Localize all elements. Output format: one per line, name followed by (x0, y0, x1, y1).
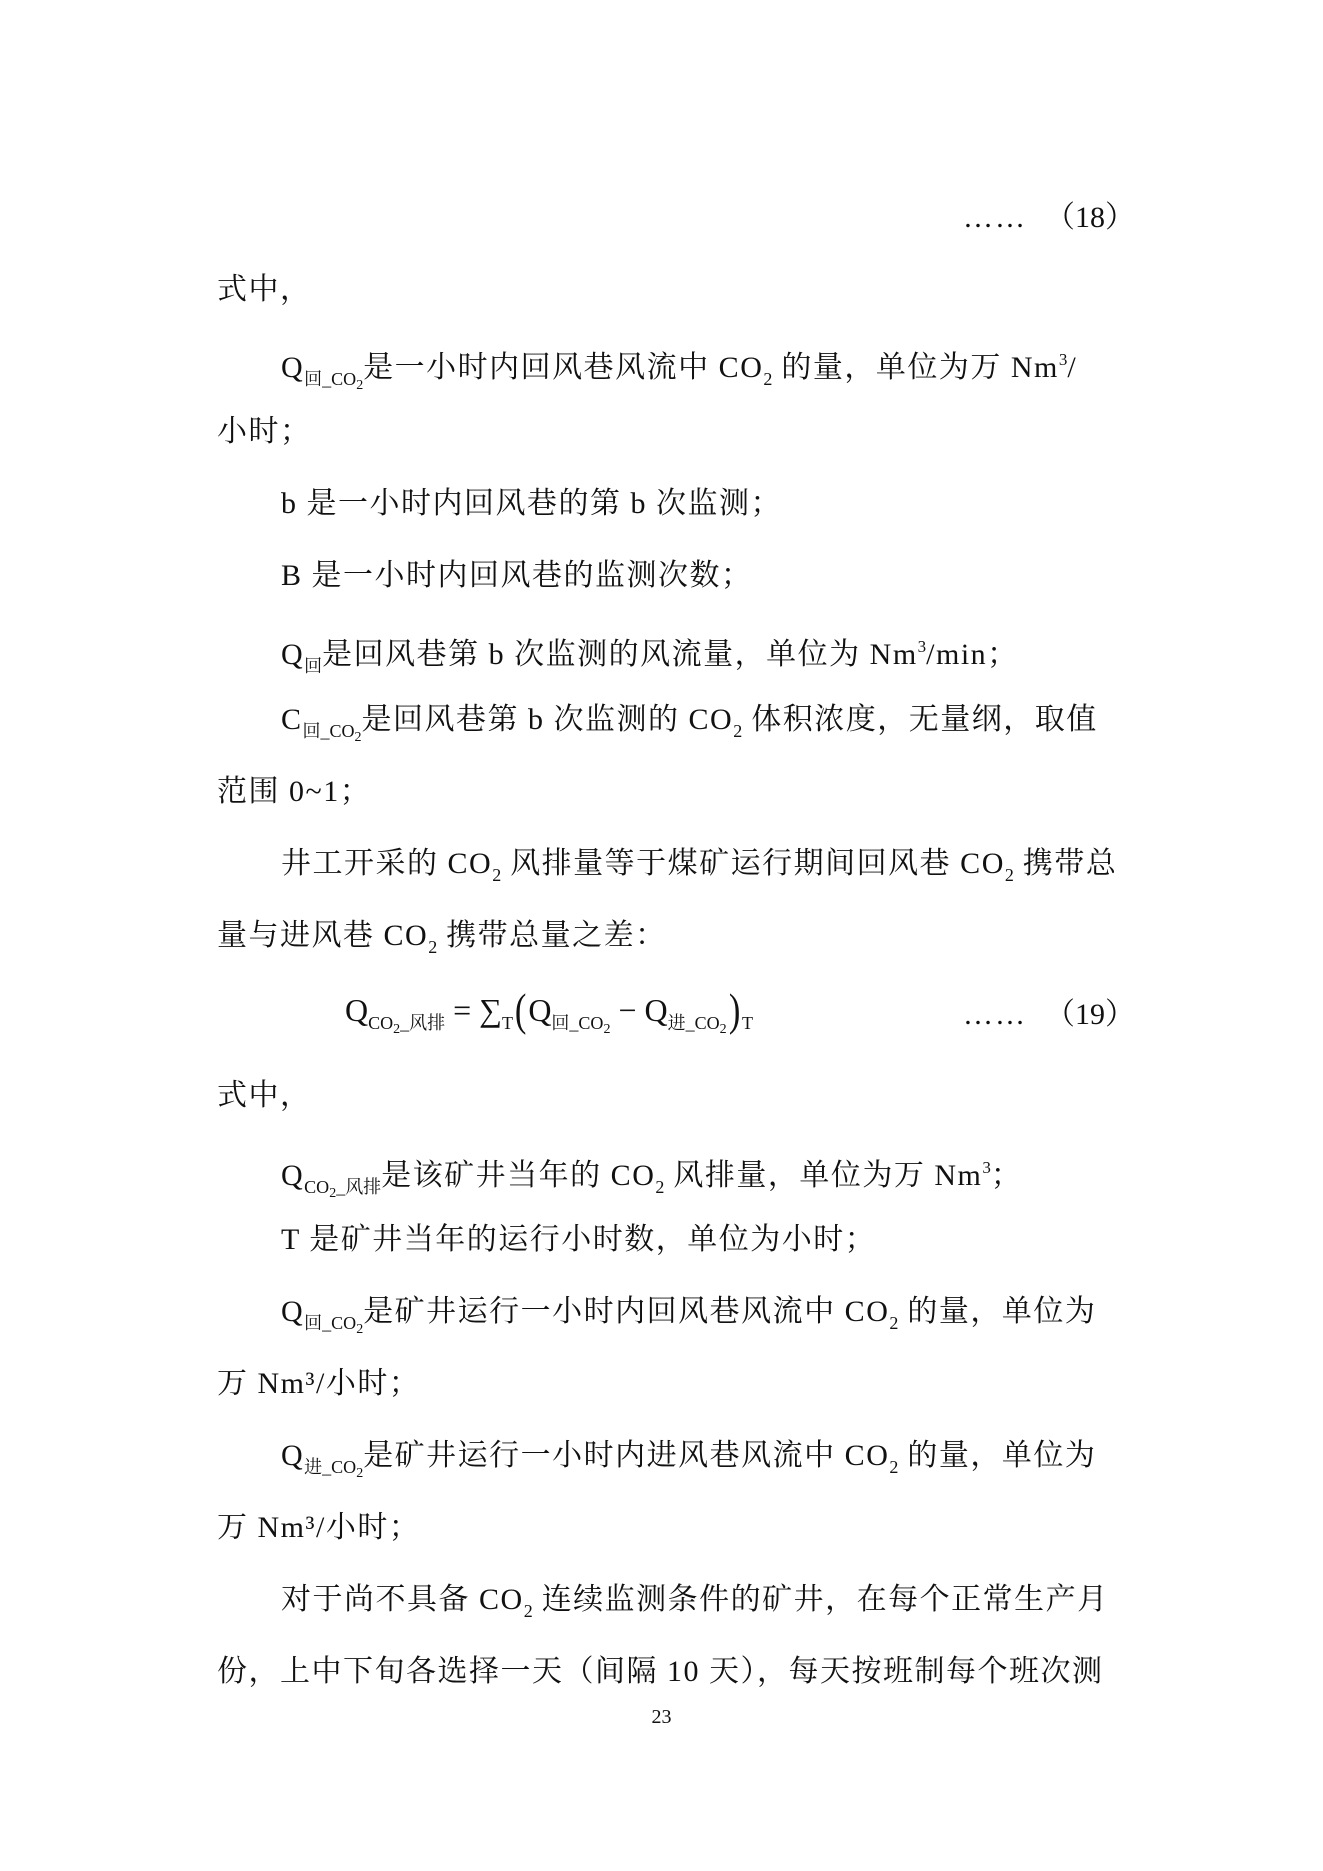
operator: − (610, 992, 644, 1028)
definition-q-return: Q回是回风巷第 b 次监测的风流量，单位为 Nm3/min； (281, 627, 1019, 686)
symbol-subscript: 回 (304, 656, 322, 676)
paragraph-text: 携带总量之差： (437, 919, 667, 952)
definition-text: 是该矿井当年的 CO (381, 1159, 655, 1192)
symbol: Q (281, 1295, 304, 1328)
definition-text: 是回风巷第 b 次监测的风流量，单位为 Nm (322, 638, 918, 671)
definition-text: 是一小时内回风巷风流中 CO (363, 351, 763, 384)
sum-subscript: T (502, 1013, 513, 1033)
page-number: 23 (0, 1706, 1323, 1729)
right-paren: ) (729, 990, 740, 1030)
subscript-digit: 2 (524, 1601, 533, 1621)
definition-continuation: 万 Nm³/小时； (217, 1364, 420, 1404)
definition-text: 是回风巷第 b 次监测的 CO (362, 703, 734, 736)
symbol-subscript: CO2_风排 (304, 1177, 381, 1197)
symbol: Q (644, 992, 667, 1028)
definition-text: 的量，单位为 (898, 1295, 1096, 1328)
superscript: 3 (982, 1158, 991, 1177)
symbol: Q (281, 1159, 304, 1192)
symbol: Q (281, 351, 304, 384)
definition-q-return-co2: Q回_CO2是一小时内回风巷风流中 CO2 的量，单位为万 Nm3/ (281, 340, 1077, 406)
definition-T: T 是矿井当年的运行小时数，单位为小时； (281, 1220, 876, 1260)
symbol: Q (281, 1439, 304, 1472)
paragraph-text: 对于尚不具备 CO (281, 1583, 524, 1616)
equation-number-18: ……（18） (963, 198, 1135, 238)
paragraph-text: 井工开采的 CO (281, 847, 492, 880)
subscript-text: CO (368, 1013, 393, 1033)
equation-label: （18） (1045, 201, 1135, 234)
definition-text: 是矿井运行一小时内回风巷风流中 CO (363, 1295, 889, 1328)
symbol-subscript: 进_CO2 (304, 1457, 363, 1477)
subscript-digit: 2 (492, 865, 501, 885)
symbol-subscript: 回_CO2 (304, 1313, 363, 1333)
paragraph-continuation: 量与进风巷 CO2 携带总量之差： (217, 916, 667, 967)
equation-dots: …… (963, 201, 1027, 234)
subscript-text: CO (304, 1177, 329, 1197)
symbol: Q (345, 992, 368, 1028)
definition-q-intake-co2-hourly: Q进_CO2是矿井运行一小时内进风巷风流中 CO2 的量，单位为 (281, 1436, 1096, 1494)
superscript: 3 (918, 637, 927, 656)
subscript-digit: 2 (733, 721, 742, 741)
paragraph-where: 式中， (217, 270, 312, 310)
paragraph-text: 风排量等于煤矿运行期间回风巷 CO (501, 847, 1005, 880)
subscript-text: _风排 (400, 1013, 445, 1033)
definition-continuation: 万 Nm³/小时； (217, 1508, 420, 1548)
operator: = ∑ (445, 992, 502, 1028)
subscript-digit: 2 (720, 1022, 727, 1037)
equation-number-19: ……（19） (963, 995, 1135, 1035)
subscript-text: 回_CO (304, 369, 356, 389)
definition-text: /min； (926, 638, 1019, 671)
paragraph-noncontinuous-monitoring: 对于尚不具备 CO2 连续监测条件的矿井，在每个正常生产月 (281, 1580, 1109, 1631)
definition-text: / (1067, 351, 1077, 384)
subscript-text: 进_CO (668, 1013, 720, 1033)
definition-text: 的量，单位为万 Nm (772, 351, 1059, 384)
left-paren: ( (515, 990, 526, 1030)
paragraph-text: 连续监测条件的矿井，在每个正常生产月 (533, 1583, 1109, 1616)
symbol-subscript: 回_CO2 (303, 721, 362, 741)
definition-continuation: 小时； (217, 412, 312, 452)
paragraph-continuation: 份，上中下旬各选择一天（间隔 10 天），每天按班制每个班次测 (217, 1652, 1104, 1692)
paragraph-text: 携带总 (1014, 847, 1118, 880)
definition-text: 的量，单位为 (898, 1439, 1096, 1472)
definition-text: 风排量，单位为万 Nm (664, 1159, 982, 1192)
definition-b: b 是一小时内回风巷的第 b 次监测； (281, 484, 782, 524)
paragraph-where: 式中， (217, 1076, 312, 1116)
subscript-digit: 2 (355, 730, 362, 745)
subscript-digit: 2 (1005, 865, 1014, 885)
equation-dots: …… (963, 998, 1027, 1031)
subscript-text: _风排 (336, 1177, 381, 1197)
definition-continuation: 范围 0~1； (217, 772, 371, 812)
symbol-subscript: 进_CO2 (668, 1013, 727, 1033)
symbol-subscript: 回_CO2 (304, 369, 363, 389)
symbol: C (281, 703, 303, 736)
subscript-text: 回_CO (551, 1013, 603, 1033)
equation-19: QCO2_风排 = ∑T(Q回_CO2 − Q进_CO2)T (345, 990, 753, 1050)
subscript-text: 回_CO (303, 721, 355, 741)
outer-subscript: T (742, 1013, 753, 1033)
definition-c-return-co2: C回_CO2是回风巷第 b 次监测的 CO2 体积浓度，无量纲，取值 (281, 700, 1098, 758)
symbol: Q (281, 638, 304, 671)
subscript-text: 回_CO (304, 1313, 356, 1333)
subscript-text: 进_CO (304, 1457, 356, 1477)
paragraph-text: 量与进风巷 CO (217, 919, 428, 952)
definition-q-co2-vent: QCO2_风排是该矿井当年的 CO2 风排量，单位为万 Nm3； (281, 1148, 1022, 1214)
definition-text: 体积浓度，无量纲，取值 (742, 703, 1098, 736)
equation-label: （19） (1045, 998, 1135, 1031)
definition-text: ； (991, 1159, 1023, 1192)
definition-q-return-co2-hourly: Q回_CO2是矿井运行一小时内回风巷风流中 CO2 的量，单位为 (281, 1292, 1096, 1350)
subscript-digit: 2 (428, 937, 437, 957)
paragraph-co2-ventilation: 井工开采的 CO2 风排量等于煤矿运行期间回风巷 CO2 携带总 (281, 844, 1117, 895)
definition-text: 是矿井运行一小时内进风巷风流中 CO (363, 1439, 889, 1472)
symbol-subscript: 回_CO2 (551, 1013, 610, 1033)
symbol-subscript: CO2_风排 (368, 1013, 445, 1033)
definition-B: B 是一小时内回风巷的监测次数； (281, 556, 753, 596)
symbol: Q (528, 992, 551, 1028)
